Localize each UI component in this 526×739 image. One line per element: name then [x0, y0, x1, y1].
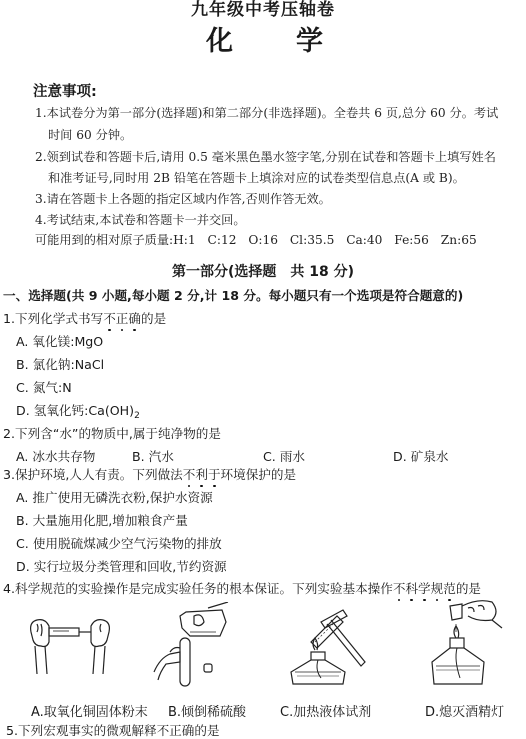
option-text: 汽水	[149, 449, 174, 464]
option-text: 氢氧化钙:Ca(OH)	[34, 403, 134, 418]
figure-caption-d[interactable]: D.熄灭酒精灯	[425, 705, 504, 721]
note-4: 4.考试结束,本试卷和答题卡一并交回。	[35, 212, 246, 228]
stem-text: 的是	[141, 311, 166, 326]
option-label: D.	[393, 449, 407, 464]
atomic-masses-label: 可能用到的相对原子质量:	[35, 233, 173, 247]
atomic-mass-c: C:12	[208, 233, 237, 247]
question-5-stem: 5.下列宏观事实的微观解释不正确的是	[6, 723, 220, 739]
figure-caption-a[interactable]: A.取氧化铜固体粉末	[31, 705, 148, 721]
option-text: 氮气:N	[33, 380, 72, 395]
emphasized-char: 不	[393, 581, 406, 596]
note-2: 2.领到试卷和答题卡后,请用 0.5 毫米黑色墨水签字笔,分别在试卷和答题卡上填…	[35, 149, 496, 165]
option-text: 氧化镁:MgO	[32, 334, 103, 349]
question-1-option-d[interactable]: D. 氢氧化钙:Ca(OH)2	[16, 403, 140, 424]
emphasized-char: 不	[183, 467, 196, 482]
option-label: C.	[16, 536, 29, 551]
option-text: 大量施用化肥,增加粮食产量	[33, 513, 188, 528]
question-3-option-d[interactable]: D. 实行垃圾分类管理和回收,节约资源	[16, 559, 227, 575]
question-3-stem: 3.保护环境,人人有责。下列做法不利于环境保护的是	[3, 467, 296, 483]
atomic-mass-cl: Cl:35.5	[290, 233, 334, 247]
question-1-option-b[interactable]: B. 氯化钠:NaCl	[16, 357, 104, 373]
option-text: 推广使用无磷洗衣粉,保护水资源	[32, 490, 212, 505]
stem-text: 下列含“水”的物质中,属于纯净物的是	[15, 426, 221, 441]
atomic-masses-line: 可能用到的相对原子质量:H:1 C:12 O:16 Cl:35.5 Ca:40 …	[35, 232, 477, 248]
atomic-mass-fe: Fe:56	[394, 233, 429, 247]
question-2-option-d[interactable]: D. 矿泉水	[393, 449, 449, 465]
emphasized-char: 科	[405, 581, 418, 596]
option-label: D.	[16, 403, 30, 418]
exam-series-title: 九年级中考压轴卷	[0, 0, 526, 20]
emphasized-char: 范	[443, 581, 456, 596]
pouring-acid-icon	[150, 602, 230, 690]
question-3-option-a[interactable]: A. 推广使用无磷洗衣粉,保护水资源	[16, 490, 213, 506]
stem-text: 科学规范的实验操作是完成实验任务的根本保证。下列实验基本操作	[15, 581, 393, 596]
stem-text: 保护环境,人人有责。下列做法	[15, 467, 183, 482]
question-3-option-b[interactable]: B. 大量施用化肥,增加粮食产量	[16, 513, 188, 529]
heating-liquid-icon	[285, 606, 375, 686]
emphasized-char: 利	[195, 467, 208, 482]
note-1: 1.本试卷分为第一部分(选择题)和第二部分(非选择题)。全卷共 6 页,总分 6…	[35, 105, 498, 121]
atomic-mass-o: O:16	[248, 233, 278, 247]
question-2-stem: 2.下列含“水”的物质中,属于纯净物的是	[3, 426, 221, 442]
stem-text: 环境保护的是	[221, 467, 297, 482]
emphasized-char: 规	[431, 581, 444, 596]
question-3-option-c[interactable]: C. 使用脱硫煤减少空气污染物的排放	[16, 536, 222, 552]
atomic-mass-h: H:1	[173, 233, 196, 247]
emphasized-char: 于	[208, 467, 221, 482]
note-2-cont: 和准考证号,同时用 2B 铅笔在答题卡上填涂对应的试卷类型信息点(A 或 B)。	[48, 170, 465, 186]
question-number: 5.	[6, 723, 18, 738]
option-label: A.	[16, 449, 28, 464]
question-number: 2.	[3, 426, 15, 441]
stem-text: 下列宏观事实的微观解释不正确的是	[18, 723, 220, 738]
spatula-powder-icon	[25, 612, 115, 684]
question-1-stem: 1.下列化学式书写不正确的是	[3, 311, 166, 327]
option-text: 矿泉水	[411, 449, 449, 464]
question-2-option-c[interactable]: C. 雨水	[263, 449, 305, 465]
part-one-title: 第一部分(选择题 共 18 分)	[0, 263, 526, 281]
stem-text: 下列化学式书写	[15, 311, 103, 326]
option-text: 实行垃圾分类管理和回收,节约资源	[34, 559, 227, 574]
emphasized-char: 正	[116, 311, 129, 326]
atomic-mass-zn: Zn:65	[441, 233, 477, 247]
emphasized-char: 学	[418, 581, 431, 596]
question-number: 3.	[3, 467, 15, 482]
note-3: 3.请在答题卡上各题的指定区域内作答,否则作答无效。	[35, 191, 331, 207]
option-text: 使用脱硫煤减少空气污染物的排放	[33, 536, 222, 551]
emphasized-char: 不	[103, 311, 116, 326]
option-label: D.	[16, 559, 30, 574]
notes-heading: 注意事项:	[33, 83, 97, 101]
option-label: A.	[16, 334, 28, 349]
question-2-option-b[interactable]: B. 汽水	[132, 449, 174, 465]
question-number: 1.	[3, 311, 15, 326]
figure-caption-c[interactable]: C.加热液体试剂	[280, 705, 371, 721]
note-1-cont: 时间 60 分钟。	[48, 127, 132, 143]
option-label: B.	[16, 513, 29, 528]
question-2-option-a[interactable]: A. 冰水共存物	[16, 449, 95, 465]
subscript: 2	[134, 411, 140, 421]
atomic-mass-ca: Ca:40	[346, 233, 382, 247]
option-label: B.	[16, 357, 29, 372]
option-text: 雨水	[280, 449, 305, 464]
subject-title-char-2: 学	[296, 26, 323, 58]
section-heading-choice: 一、选择题(共 9 小题,每小题 2 分,计 18 分。每小题只有一个选项是符合…	[3, 288, 463, 304]
stem-text: 的是	[456, 581, 481, 596]
question-1-option-c[interactable]: C. 氮气:N	[16, 380, 72, 396]
option-text: 冰水共存物	[32, 449, 95, 464]
question-number: 4.	[3, 581, 15, 596]
figure-caption-b[interactable]: B.倾倒稀硫酸	[168, 705, 246, 721]
option-label: B.	[132, 449, 145, 464]
question-1-option-a[interactable]: A. 氧化镁:MgO	[16, 334, 103, 350]
option-label: C.	[263, 449, 276, 464]
option-label: C.	[16, 380, 29, 395]
extinguish-lamp-icon	[428, 598, 508, 690]
option-text: 氯化钠:NaCl	[33, 357, 104, 372]
question-4-stem: 4.科学规范的实验操作是完成实验任务的根本保证。下列实验基本操作不科学规范的是	[3, 581, 481, 597]
subject-title-char-1: 化	[206, 26, 233, 58]
option-label: A.	[16, 490, 28, 505]
emphasized-char: 确	[128, 311, 141, 326]
